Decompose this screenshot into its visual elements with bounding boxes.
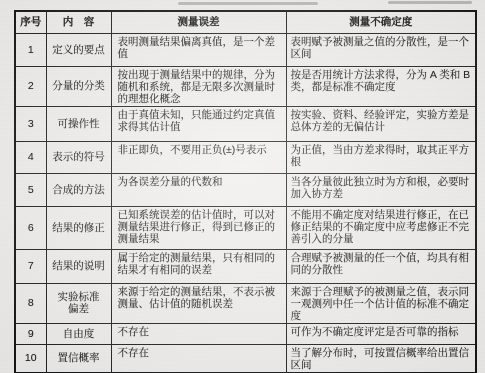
header-no: 序号 xyxy=(15,11,46,33)
table-row: 6 结果的修正 已知系统误差的估计值时，可以对测量结果进行修正，得到已修正的测量… xyxy=(15,206,476,249)
scan-smudge-top-left xyxy=(178,2,318,5)
uncertainty-cell: 表明赋予被测量之值的分散性，是一个区间 xyxy=(286,33,476,66)
row-number-cell: 4 xyxy=(15,141,46,173)
error-cell: 不存在 xyxy=(111,344,286,373)
uncertainty-cell: 合理赋予被测量的任一个值，均具有相同的分散性 xyxy=(286,249,476,283)
uncertainty-cell: 不能用不确定度对结果进行修正，在已修正结果的不确定度中应考虑修正不完善引入的分量 xyxy=(286,206,476,249)
error-cell: 非正即负，不要用正负(±)号表示 xyxy=(111,141,286,173)
table-header-row: 序号 内 容 测量误差 测量不确定度 xyxy=(15,11,476,33)
row-number-cell: 1 xyxy=(15,33,46,66)
uncertainty-cell: 当了解分布时，可按置信概率给出置信区间 xyxy=(286,344,476,373)
header-measurement-uncertainty: 测量不确定度 xyxy=(286,11,476,33)
row-number-cell: 2 xyxy=(15,66,46,106)
uncertainty-cell: 按是否用统计方法求得，分为 A 类和 B 类，都是标准不确定度 xyxy=(286,66,476,106)
error-cell: 不存在 xyxy=(111,323,286,344)
error-cell: 由于真值未知，只能通过约定真值求得其估计值 xyxy=(111,106,286,141)
table-row: 10 置信概率 不存在 当了解分布时，可按置信概率给出置信区间 xyxy=(15,344,476,373)
row-number-cell: 3 xyxy=(15,106,46,141)
table-row: 7 结果的说明 属于给定的测量结果，只有相同的结果才有相同的误差 合理赋予被测量… xyxy=(15,249,476,283)
table-row: 9 自由度 不存在 可作为不确定度评定是否可靠的指标 xyxy=(15,323,476,344)
error-vs-uncertainty-comparison-table: 序号 内 容 测量误差 测量不确定度 1 定义的要点 表明测量结果偏离真值，是一… xyxy=(14,10,477,373)
error-cell: 按出现于测量结果中的规律，分为随机和系统，都是无限多次测量时的理想化概念 xyxy=(111,66,286,106)
row-number-cell: 5 xyxy=(15,173,46,206)
error-cell: 表明测量结果偏离真值，是一个差值 xyxy=(111,33,286,66)
table-row: 4 表示的符号 非正即负，不要用正负(±)号表示 为正值，当由方差求得时，取其正… xyxy=(15,141,476,173)
content-cell: 分量的分类 xyxy=(46,66,111,106)
uncertainty-cell: 为正值，当由方差求得时，取其正平方根 xyxy=(286,141,476,173)
content-cell: 可操作性 xyxy=(46,106,111,141)
row-number-cell: 9 xyxy=(15,323,46,344)
table-row: 3 可操作性 由于真值未知，只能通过约定真值求得其估计值 按实验、资料、经验评定… xyxy=(15,106,476,141)
row-number-cell: 8 xyxy=(15,283,46,323)
row-number-cell: 6 xyxy=(15,206,46,249)
row-number-cell: 7 xyxy=(15,249,46,283)
error-cell: 为各误差分量的代数和 xyxy=(111,173,286,206)
table-row: 5 合成的方法 为各误差分量的代数和 当各分量彼此独立时为方和根，必要时加入协方… xyxy=(15,173,476,206)
scanned-document-page: { "colors": { "paper": "#f1f0ee", "ink":… xyxy=(0,0,485,373)
content-cell: 实验标准 偏差 xyxy=(46,283,111,323)
content-cell: 定义的要点 xyxy=(46,33,111,66)
uncertainty-cell: 按实验、资料、经验评定，实验方差是总体方差的无偏估计 xyxy=(286,106,476,141)
header-content: 内 容 xyxy=(46,11,111,33)
uncertainty-cell: 来源于合理赋予的被测量之值，表示同一观测列中任一个估计值的标准不确定度 xyxy=(286,283,476,323)
uncertainty-cell: 当各分量彼此独立时为方和根，必要时加入协方差 xyxy=(286,173,476,206)
error-cell: 属于给定的测量结果，只有相同的结果才有相同的误差 xyxy=(111,249,286,283)
row-number-cell: 10 xyxy=(15,344,46,373)
error-cell: 来源于给定的测量结果，不表示被测量、估计值的随机误差 xyxy=(111,283,286,323)
uncertainty-cell: 可作为不确定度评定是否可靠的指标 xyxy=(286,323,476,344)
content-cell: 自由度 xyxy=(46,323,111,344)
content-cell: 置信概率 xyxy=(46,344,111,373)
content-cell: 合成的方法 xyxy=(46,173,111,206)
scan-smudge-top-right xyxy=(388,1,472,4)
table-row: 8 实验标准 偏差 来源于给定的测量结果，不表示被测量、估计值的随机误差 来源于… xyxy=(15,283,476,323)
table-row: 2 分量的分类 按出现于测量结果中的规律，分为随机和系统，都是无限多次测量时的理… xyxy=(15,66,476,106)
header-measurement-error: 测量误差 xyxy=(111,11,286,33)
table-row: 1 定义的要点 表明测量结果偏离真值，是一个差值 表明赋予被测量之值的分散性，是… xyxy=(15,33,476,66)
content-cell: 表示的符号 xyxy=(46,141,111,173)
content-cell: 结果的修正 xyxy=(46,206,111,249)
error-cell: 已知系统误差的估计值时，可以对测量结果进行修正，得到已修正的测量结果 xyxy=(111,206,286,249)
content-cell: 结果的说明 xyxy=(46,249,111,283)
